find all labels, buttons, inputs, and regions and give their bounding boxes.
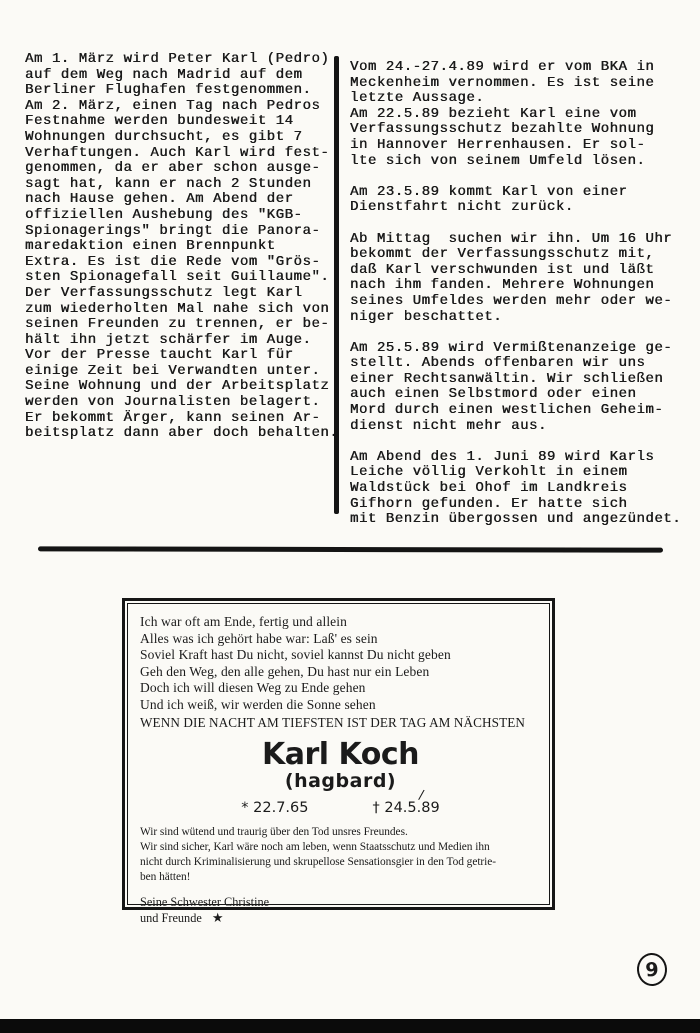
death-date-wrap: / † 24.5.89 [373, 800, 440, 816]
star-icon: ★ [212, 910, 224, 925]
death-notice-frame: Ich war oft am Ende, fertig und allein A… [122, 598, 555, 910]
birth-date: * 22.7.65 [241, 800, 308, 816]
deceased-alias: (hagbard) [140, 771, 541, 792]
left-column-text: Am 1. März wird Peter Karl (Pedro) auf d… [25, 52, 357, 442]
obituary-poem: Ich war oft am Ende, fertig und allein A… [140, 614, 541, 714]
column-divider-rule [334, 56, 339, 514]
signature-line-1: Seine Schwester Christine [140, 894, 541, 911]
signature-line-2: und Freunde [140, 911, 202, 925]
death-date: † 24.5.89 [373, 800, 440, 816]
section-divider-rule [38, 546, 663, 552]
right-column-text: Vom 24.-27.4.89 wird er vom BKA in Mecke… [350, 60, 698, 528]
page-number: 9 [645, 958, 660, 981]
bottom-edge-bar [0, 1019, 700, 1033]
death-notice-inner-frame: Ich war oft am Ende, fertig und allein A… [127, 603, 550, 905]
obituary-signature: Seine Schwester Christine und Freunde★ [140, 894, 541, 927]
deceased-name: Karl Koch [140, 739, 541, 771]
obituary-message: Wir sind wütend und traurig über den Tod… [140, 825, 541, 885]
signature-line-2-row: und Freunde★ [140, 910, 541, 927]
page-number-badge: 9 [636, 952, 668, 987]
life-dates: * 22.7.65 / † 24.5.89 [140, 800, 541, 816]
obituary-poem-final-line: WENN DIE NACHT AM TIEFSTEN IST DER TAG A… [140, 714, 541, 732]
